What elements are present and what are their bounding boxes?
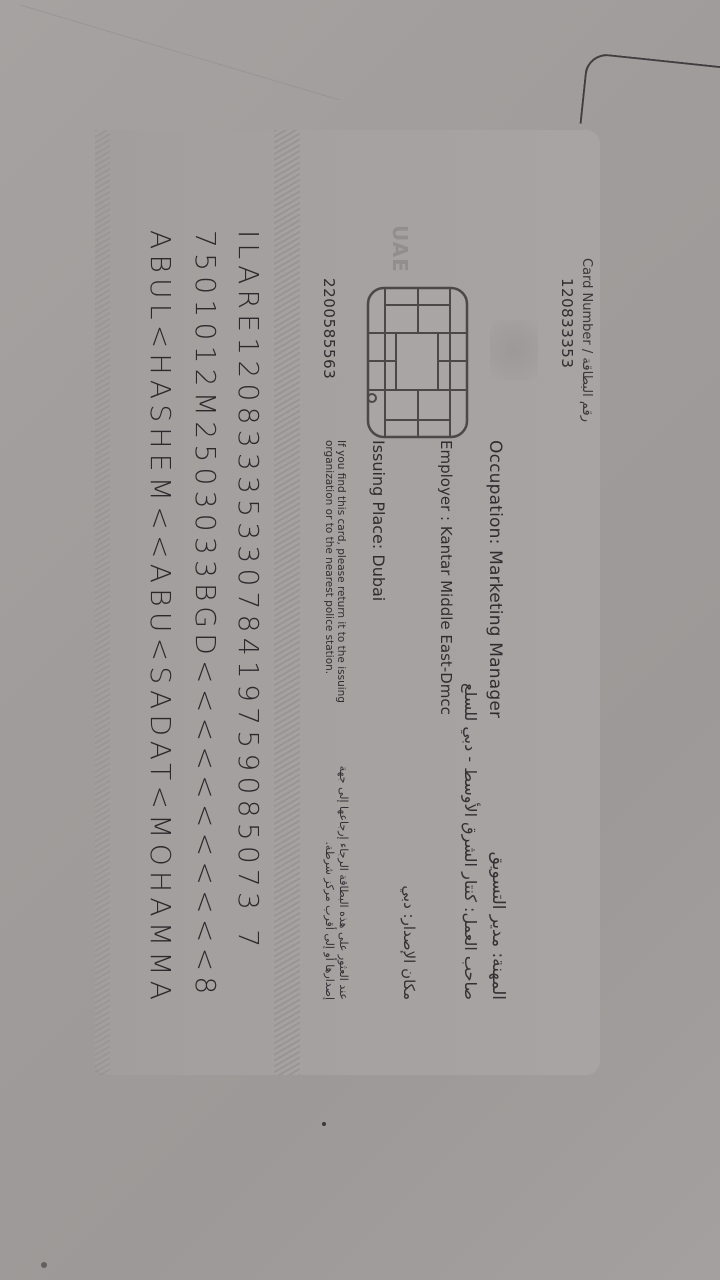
background-curved-line	[579, 52, 720, 141]
return-notice-en-2: organization or to the nearest police st…	[323, 440, 335, 674]
return-notice-ar-2: إصدارها أو إلى أقرب مركز شرطة.	[323, 841, 336, 1000]
employer-ar: صاحب العمل: كنتار الشرق الأوسط - دبي للس…	[461, 683, 480, 1000]
speck	[322, 1122, 326, 1126]
security-pattern-band-bottom	[95, 130, 110, 1075]
smart-card-chip-icon	[365, 285, 470, 440]
mrz-line-3: ABUL<HASHEM<<ABU<SADAT<MOHAMMA	[144, 230, 177, 1005]
occupation-en: Occupation: Marketing Manager	[485, 440, 505, 718]
id-card-back: UAE Card Number / رقم البطاقة 120833353 …	[95, 130, 600, 1075]
card-number-value: 120833353	[558, 278, 576, 368]
speck	[41, 1262, 47, 1268]
card-number-label: Card Number / رقم البطاقة	[579, 258, 594, 422]
return-notice-ar-1: عند العثور على هذه البطاقة الرجاء إرجاعه…	[337, 766, 350, 1000]
serial-number: 2200585563	[320, 278, 338, 379]
ghost-photo-icon	[490, 320, 538, 380]
employer-en: Employer : Kantar Middle East-Dmcc	[437, 440, 455, 715]
card-body: UAE Card Number / رقم البطاقة 120833353 …	[95, 130, 600, 1075]
uae-watermark: UAE	[388, 225, 412, 273]
occupation-ar: المهنة: مدير التسويق	[488, 852, 508, 1000]
mrz-line-2: 7501012M2503033BGD<<<<<<<<<<<8	[189, 230, 222, 1000]
mrz-line-1: ILARE1208333533078419759085073 7	[232, 230, 265, 952]
return-notice-en-1: If you find this card, please return it …	[335, 440, 347, 703]
security-pattern-band	[274, 130, 300, 1075]
issuing-place-ar: مكان الإصدار: دبي	[400, 885, 418, 1000]
issuing-place-en: Issuing Place: Dubai	[369, 440, 388, 601]
